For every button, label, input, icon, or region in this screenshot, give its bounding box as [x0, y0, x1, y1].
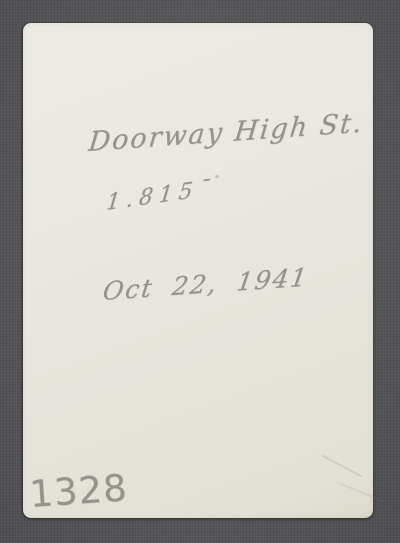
- pencil-smudge: [215, 175, 219, 178]
- scan-background: Doorway High St. 1.815¯ Oct 22, 1941 132…: [0, 0, 400, 543]
- photo-card-back: Doorway High St. 1.815¯ Oct 22, 1941 132…: [23, 23, 373, 518]
- date-handwriting: Oct 22, 1941: [101, 262, 310, 306]
- caption-handwriting: Doorway High St.: [87, 107, 365, 158]
- negative-number-handwriting: 1.815¯: [105, 175, 217, 216]
- catalog-number-handwriting: 1328: [28, 466, 129, 516]
- pencil-smudge: [337, 481, 386, 502]
- pencil-smudge: [321, 454, 362, 477]
